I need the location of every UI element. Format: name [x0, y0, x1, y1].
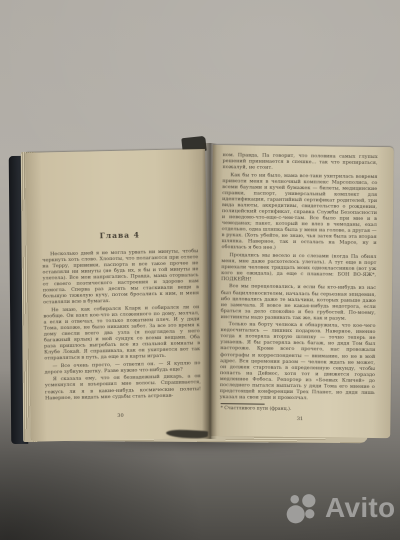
chapter-heading: Глава 4 [42, 229, 198, 241]
footnote-text: * Счастливого пути (франц.). [221, 406, 373, 413]
paragraph: Все мы перецеловались, и если бы кто-ниб… [221, 284, 376, 322]
left-page-number: 30 [31, 411, 211, 421]
paragraph: Я сказала ему, что он безнадежный дикарь… [45, 374, 201, 401]
paragraph-continuation: ном. Правда, Па говорит, что половина са… [222, 152, 377, 172]
paragraph-bon-voyage: Прощались мы весело и со слезами (когда … [221, 252, 376, 284]
paragraph: Только на борту челнока я обнаружила, чт… [220, 321, 376, 401]
avito-watermark-text: Avito [325, 494, 395, 522]
avito-watermark: Avito [286, 491, 395, 525]
footnote-rule [221, 403, 265, 405]
avito-logo-icon [286, 491, 319, 525]
photo-of-open-book: Глава 4 Несколько дней я не могла урвать… [0, 0, 400, 540]
left-page-text: Несколько дней я не могла урвать ни мину… [42, 248, 201, 401]
paragraph: Несколько дней я не могла урвать ни мину… [42, 248, 199, 306]
open-book: Глава 4 Несколько дней я не могла урвать… [6, 134, 396, 456]
footnote-area: * Счастливого пути (франц.). [221, 403, 373, 413]
right-page-number: 31 [209, 415, 390, 423]
paragraph: Как бы то ни было, мама все-таки ухитрил… [221, 172, 377, 252]
paragraph: Не знаю, как собирался Кларк и собирался… [43, 304, 200, 362]
right-page: ном. Правда, Па говорит, что половина са… [209, 145, 394, 438]
right-page-text: ном. Правда, Па говорит, что половина са… [220, 152, 378, 402]
left-page: Глава 4 Несколько дней я не могла урвать… [25, 149, 211, 442]
